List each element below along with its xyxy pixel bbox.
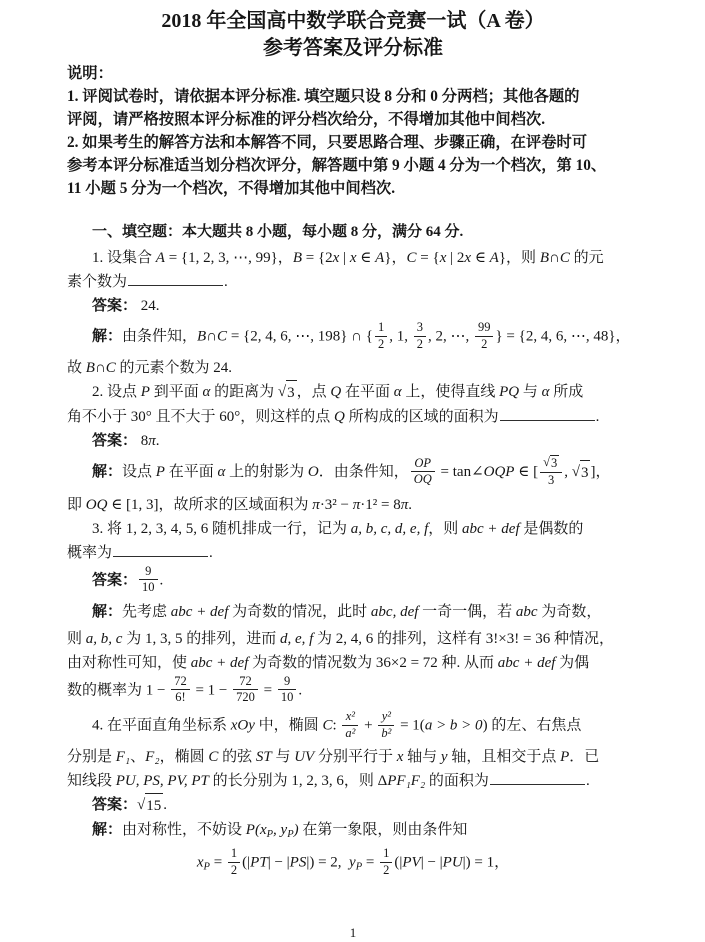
text-run: . (163, 797, 167, 813)
text-run: π (312, 497, 320, 513)
text-run: = { (417, 250, 440, 266)
text-run: PS (290, 855, 307, 871)
text-run: 设点 (122, 464, 156, 480)
question-2-stem-line: 角不小于 30° 且不大于 60°，则这样的点 Q 所构成的区域的面积为. (67, 405, 639, 429)
text-run: | (339, 250, 350, 266)
text-run: . (156, 433, 160, 449)
text-run: ·3² − (320, 497, 353, 513)
text-run: 先考虑 (122, 604, 171, 620)
text-run: π (148, 433, 156, 449)
fraction: 32 (414, 320, 426, 352)
text-run: (| (242, 855, 250, 871)
text-run: . (160, 572, 164, 588)
fraction: 910 (139, 564, 158, 596)
text-run: 分别平行于 (314, 749, 397, 765)
text-run: , y (273, 822, 287, 838)
question-4-solution-equation: xP = 12(|PT| − |PS|) = 2, yP = 12(|PV| −… (67, 847, 639, 880)
instructions-line: 11 小题 5 分为一个档次，不得增加其他中间档次. (67, 177, 639, 200)
text-run: C (407, 250, 417, 266)
text-run: = 1( (396, 718, 424, 734)
text-run: 的元 (570, 250, 604, 266)
text-run: ， (392, 250, 407, 266)
text-run: PQ (499, 384, 519, 400)
text-run: 到平面 (150, 384, 203, 400)
text-run: ∩ (206, 329, 217, 345)
text-run: 24. (137, 298, 160, 314)
text-run: PT (250, 855, 268, 871)
text-run: 故 (67, 360, 86, 376)
text-run: C (322, 718, 332, 734)
text-run: abc + def (462, 521, 520, 537)
text-run: = (210, 855, 226, 871)
text-run: P (141, 384, 150, 400)
text-run: . (298, 682, 302, 698)
text-run: B (540, 250, 549, 266)
doc-title-line-2: 参考答案及评分标准 (67, 35, 639, 62)
question-1-stem-line: 素个数为. (67, 270, 639, 294)
text-run: } (384, 250, 391, 266)
text-run: = (362, 855, 378, 871)
text-run: = {2, 4, 6, ⋯, 198} ∩ { (227, 329, 373, 345)
text-run: C (208, 749, 218, 765)
text-run: 为偶 (555, 655, 589, 671)
text-run: 是偶数的 (520, 521, 584, 537)
text-run: Δ (378, 773, 388, 789)
text-run: PU, PS, PV, PT (116, 773, 209, 789)
text-run: B (293, 250, 302, 266)
text-run: d, e, f (280, 631, 313, 647)
square-root: √15 (137, 793, 163, 818)
text-run: 数的概率为 1 − (67, 682, 169, 698)
text-run: 轴，且相交于点 (448, 749, 561, 765)
text-run: 轴与 (403, 749, 441, 765)
text-run: 在平面 (341, 384, 394, 400)
text-run: 分别是 (67, 749, 116, 765)
text-run: 与 (272, 749, 295, 765)
instructions-line: 2. 如果考生的解答方法和本解答不同，只要思路合理、步骤正确，在评卷时可 (67, 131, 639, 154)
text-run: 一奇一偶，若 (418, 604, 516, 620)
text-run: ∈ [1, 3] (107, 497, 158, 513)
text-run: = {1, 2, 3, ⋯, 99} (165, 250, 278, 266)
text-run: ，则 (428, 521, 462, 537)
text-run: ，椭圆 (160, 749, 209, 765)
instructions-line: 评阅，请严格按照本评分标准的评分档次给分，不得增加其他中间档次. (67, 108, 639, 131)
text-run: ST (256, 749, 272, 765)
doc-title-line-1: 2018 年全国高中数学联合竞赛一试（A 卷） (67, 8, 639, 35)
text-run: 为 1, 3, 5 的排列，进而 (122, 631, 280, 647)
text-run: = tan∠ (437, 464, 484, 480)
text-run: 4. 在平面直角坐标系 (92, 718, 231, 734)
text-run: ， (616, 329, 631, 345)
text-run: 解： (92, 329, 122, 345)
text-run: . (209, 545, 213, 561)
text-run: A (375, 250, 384, 266)
text-run: , 2, ⋯, (428, 329, 473, 345)
text-run: 概率为 (67, 545, 112, 561)
text-run: 答案： (92, 298, 137, 314)
fraction: OPOQ (411, 456, 435, 488)
answer-blank (128, 270, 223, 286)
question-3-solution-line: 数的概率为 1 − 726! = 1 − 72720 = 910. (67, 675, 639, 707)
text-run: A (490, 250, 499, 266)
text-run: |) = 2, (306, 855, 341, 871)
text-run: 由对称性，不妨设 (122, 822, 246, 838)
text-run: 答案： (92, 433, 137, 449)
text-run: 解： (92, 822, 122, 838)
instructions-line: 1. 评阅试卷时，请依据本评分标准. 填空题只设 8 分和 0 分两档；其他各题… (67, 85, 639, 108)
question-4-stem-line: 知线段 PU, PS, PV, PT 的长分别为 1, 2, 3, 6，则 ΔP… (67, 769, 639, 793)
text-run: , (564, 464, 572, 480)
text-run: 所成 (549, 384, 583, 400)
text-run: ．由条件知， (319, 464, 409, 480)
question-1-answer: 答案： 24. (67, 294, 639, 318)
text-run: 解： (92, 464, 122, 480)
text-run: 的面积为 (425, 773, 489, 789)
text-run: a > b > 0 (425, 718, 483, 734)
text-run: | − | (421, 855, 443, 871)
instructions-section: 说明： 1. 评阅试卷时，请依据本评分标准. 填空题只设 8 分和 0 分两档；… (67, 62, 639, 200)
text-run: x (350, 250, 357, 266)
question-3-answer: 答案：910. (67, 565, 639, 597)
text-run: 素个数为 (67, 274, 127, 290)
text-run: ， (595, 464, 610, 480)
question-3-solution-line: 由对称性可知，使 abc + def 为奇数的情况数为 36×2 = 72 种.… (67, 651, 639, 675)
text-run: PV (402, 855, 420, 871)
text-run: y (349, 855, 356, 871)
text-run: y (441, 749, 448, 765)
text-run: 为 2, 4, 6 的排列，这样有 3!×3! = 36 种情况， (313, 631, 614, 647)
question-4: 4. 在平面直角坐标系 xOy 中，椭圆 C: x²a² + y²b² = 1(… (67, 707, 639, 880)
text-run: a, b, c, d, e, f (351, 521, 428, 537)
text-run: 8 (137, 433, 148, 449)
document-page: 2018 年全国高中数学联合竞赛一试（A 卷） 参考答案及评分标准 说明： 1.… (0, 0, 705, 942)
text-run: A (156, 250, 165, 266)
question-4-solution-line: 解：由对称性，不妨设 P(xP, yP) 在第一象限，则由条件知 (67, 818, 639, 847)
question-1-stem-line: 1. 设集合 A = {1, 2, 3, ⋯, 99}，B = {2x | x … (67, 246, 639, 270)
question-3-stem-line: 概率为. (67, 541, 639, 565)
text-run: } (499, 250, 506, 266)
square-root: √3 (278, 380, 297, 405)
text-run: + (360, 718, 376, 734)
fraction: y²b² (378, 709, 394, 741)
instructions-label: 说明： (67, 62, 639, 85)
text-run: . (596, 409, 600, 425)
text-run: 知线段 (67, 773, 116, 789)
text-run: O (308, 464, 319, 480)
text-run: 与 (519, 384, 542, 400)
fraction: 72720 (233, 674, 258, 706)
text-run: F₂ (145, 749, 159, 765)
text-run: ，故所求的区域面积为 (159, 497, 313, 513)
answer-blank (500, 405, 595, 421)
text-run: C (106, 360, 116, 376)
text-run: 的长分别为 1, 2, 3, 6，则 (209, 773, 378, 789)
text-run: B (197, 329, 206, 345)
text-run: 在第一象限，则由条件知 (299, 822, 468, 838)
text-run: 1. 设集合 (92, 250, 156, 266)
text-run: P (560, 749, 569, 765)
text-run: ，则 (506, 250, 540, 266)
text-run: } = {2, 4, 6, ⋯, 48} (495, 329, 615, 345)
question-1-solution-line: 故 B∩C 的元素个数为 24. (67, 356, 639, 380)
text-run: abc, def (371, 604, 418, 620)
fraction: 992 (475, 320, 494, 352)
text-run: : (332, 718, 340, 734)
question-3-solution-line: 解：先考虑 abc + def 为奇数的情况，此时 abc, def 一奇一偶，… (67, 600, 639, 624)
text-run: B (86, 360, 95, 376)
text-run: 上的射影为 (225, 464, 308, 480)
text-run: OQP (484, 464, 515, 480)
text-run: 为奇数的情况数为 36×2 = 72 种. 从而 (248, 655, 497, 671)
question-2-solution-line: 即 OQ ∈ [1, 3]，故所求的区域面积为 π·3² − π·1² = 8π… (67, 493, 639, 517)
text-run: 角不小于 30° 且不大于 60°，则这样的点 (67, 409, 334, 425)
text-run: 为奇数的情况，此时 (228, 604, 371, 620)
question-2-solution-line: 解：设点 P 在平面 α 上的射影为 O．由条件知，OPOQ = tan∠OQP… (67, 456, 639, 489)
text-run: ·1² = 8 (360, 497, 400, 513)
text-run: 的弦 (218, 749, 256, 765)
text-run: ，点 (297, 384, 331, 400)
text-run: a, b, c (86, 631, 123, 647)
text-run: ．已 (569, 749, 599, 765)
square-root: √3 (543, 455, 559, 472)
question-3-solution-line: 则 a, b, c 为 1, 3, 5 的排列，进而 d, e, f 为 2, … (67, 627, 639, 651)
text-run: C (560, 250, 570, 266)
text-run: abc + def (498, 655, 556, 671)
text-run: 的左、右焦点 (488, 718, 582, 734)
text-run: 由条件知， (122, 329, 197, 345)
text-run: UV (294, 749, 314, 765)
text-run: C (217, 329, 227, 345)
text-run: Q (334, 409, 345, 425)
text-run: ∈ (471, 250, 490, 266)
text-run: PU (443, 855, 463, 871)
text-run: 2. 设点 (92, 384, 141, 400)
section-heading-fill-in: 一、填空题：本大题共 8 小题，每小题 8 分，满分 64 分. (67, 220, 639, 244)
text-run: abc + def (171, 604, 229, 620)
text-run: . (408, 497, 412, 513)
text-run: xOy (231, 718, 255, 734)
square-root: √3 (572, 460, 591, 485)
fraction: 910 (278, 674, 297, 706)
answer-blank (113, 541, 208, 557)
question-4-stem-line: 4. 在平面直角坐标系 xOy 中，椭圆 C: x²a² + y²b² = 1(… (67, 710, 639, 742)
text-run: ， (494, 855, 509, 871)
fraction: 12 (380, 846, 392, 878)
text-run: = (260, 682, 276, 698)
question-1-solution-line: 解：由条件知，B∩C = {2, 4, 6, ⋯, 198} ∩ {12, 1,… (67, 321, 639, 353)
text-run: . (224, 274, 228, 290)
text-run: 由对称性可知，使 (67, 655, 191, 671)
text-run: 所构成的区域的面积为 (345, 409, 499, 425)
text-run: |) = 1 (463, 855, 494, 871)
text-run: abc (516, 604, 538, 620)
text-run: Q (330, 384, 341, 400)
text-run: = {2 (302, 250, 333, 266)
text-run: ∈ (357, 250, 376, 266)
text-run: ∩ (549, 250, 560, 266)
text-run: 在平面 (165, 464, 218, 480)
text-run: α (394, 384, 402, 400)
fraction: x²a² (342, 709, 358, 741)
text-run: PF₁F₂ (387, 773, 425, 789)
page-number: 1 (67, 926, 639, 940)
question-1: 1. 设集合 A = {1, 2, 3, ⋯, 99}，B = {2x | x … (67, 246, 639, 380)
text-run: F₁ (116, 749, 130, 765)
text-run: 的元素个数为 24. (116, 360, 232, 376)
question-4-answer: 答案：√15. (67, 793, 639, 818)
text-run (342, 855, 350, 871)
text-run: ∈ [ (514, 464, 538, 480)
text-run: ， (278, 250, 293, 266)
text-run: x (197, 855, 204, 871)
text-run: 中，椭圆 (255, 718, 323, 734)
text-run: 即 (67, 497, 86, 513)
fraction: 726! (171, 674, 190, 706)
text-run: P (156, 464, 165, 480)
text-run: 答案： (92, 572, 137, 588)
instructions-line: 参考本评分标准适当划分档次评分，解答题中第 9 小题 4 分为一个档次，第 10… (67, 154, 639, 177)
text-run: 3. 将 1, 2, 3, 4, 5, 6 随机排成一行，记为 (92, 521, 351, 537)
text-run: = 1 − (192, 682, 231, 698)
text-run: 的距离为 (210, 384, 278, 400)
text-run: 、 (130, 749, 145, 765)
question-2: 2. 设点 P 到平面 α 的距离为 √3，点 Q 在平面 α 上，使得直线 P… (67, 380, 639, 516)
text-run: 上，使得直线 (402, 384, 500, 400)
text-run: OQ (86, 497, 108, 513)
text-run: , 1, (389, 329, 412, 345)
text-run: 为奇数， (538, 604, 602, 620)
text-run: 则 (67, 631, 86, 647)
text-run: P(x (246, 822, 267, 838)
fraction: 12 (228, 846, 240, 878)
question-3: 3. 将 1, 2, 3, 4, 5, 6 随机排成一行，记为 a, b, c,… (67, 517, 639, 708)
question-2-answer: 答案： 8π. (67, 429, 639, 453)
fraction: √33 (540, 455, 562, 488)
question-3-stem-line: 3. 将 1, 2, 3, 4, 5, 6 随机排成一行，记为 a, b, c,… (67, 517, 639, 541)
text-run: | − | (268, 855, 290, 871)
question-2-stem-line: 2. 设点 P 到平面 α 的距离为 √3，点 Q 在平面 α 上，使得直线 P… (67, 380, 639, 405)
text-run: abc + def (191, 655, 249, 671)
answer-blank (490, 769, 585, 785)
question-4-stem-line: 分别是 F₁、F₂，椭圆 C 的弦 ST 与 UV 分别平行于 x 轴与 y 轴… (67, 745, 639, 769)
text-run: . (586, 773, 590, 789)
fraction: 12 (375, 320, 387, 352)
text-run: 答案： (92, 797, 137, 813)
text-run: 解： (92, 604, 122, 620)
text-run: ∩ (95, 360, 106, 376)
text-run: | 2 (446, 250, 464, 266)
